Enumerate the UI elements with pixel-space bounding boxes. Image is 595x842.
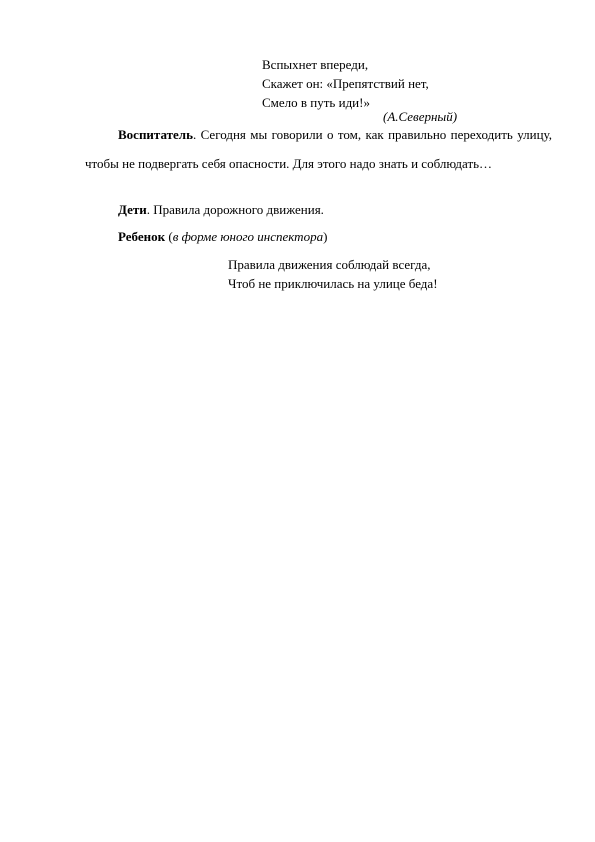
document-page: Вспыхнет впереди, Скажет он: «Препятстви…: [0, 0, 595, 842]
stage-remark: в форме юного инспектора: [173, 229, 323, 244]
poem-line: Вспыхнет впереди,: [262, 55, 429, 74]
teacher-paragraph: Воспитатель. Сегодня мы говорили о том, …: [85, 120, 552, 178]
speaker-label: Дети: [118, 202, 147, 217]
line-text: . Правила дорожного движения.: [147, 202, 324, 217]
poem-bottom: Правила движения соблюдай всегда, Чтоб н…: [228, 255, 438, 293]
child-line: Ребенок (в форме юного инспектора): [118, 229, 327, 245]
poem-line: Правила движения соблюдай всегда,: [228, 255, 438, 274]
speaker-label: Ребенок: [118, 229, 165, 244]
poem-line: Чтоб не приключилась на улице беда!: [228, 274, 438, 293]
poem-top: Вспыхнет впереди, Скажет он: «Препятстви…: [262, 55, 429, 112]
remark-close: ): [323, 229, 327, 244]
poem-line: Скажет он: «Препятствий нет,: [262, 74, 429, 93]
remark-open: (: [165, 229, 173, 244]
children-line: Дети. Правила дорожного движения.: [118, 202, 324, 218]
speaker-label: Воспитатель: [118, 127, 193, 142]
